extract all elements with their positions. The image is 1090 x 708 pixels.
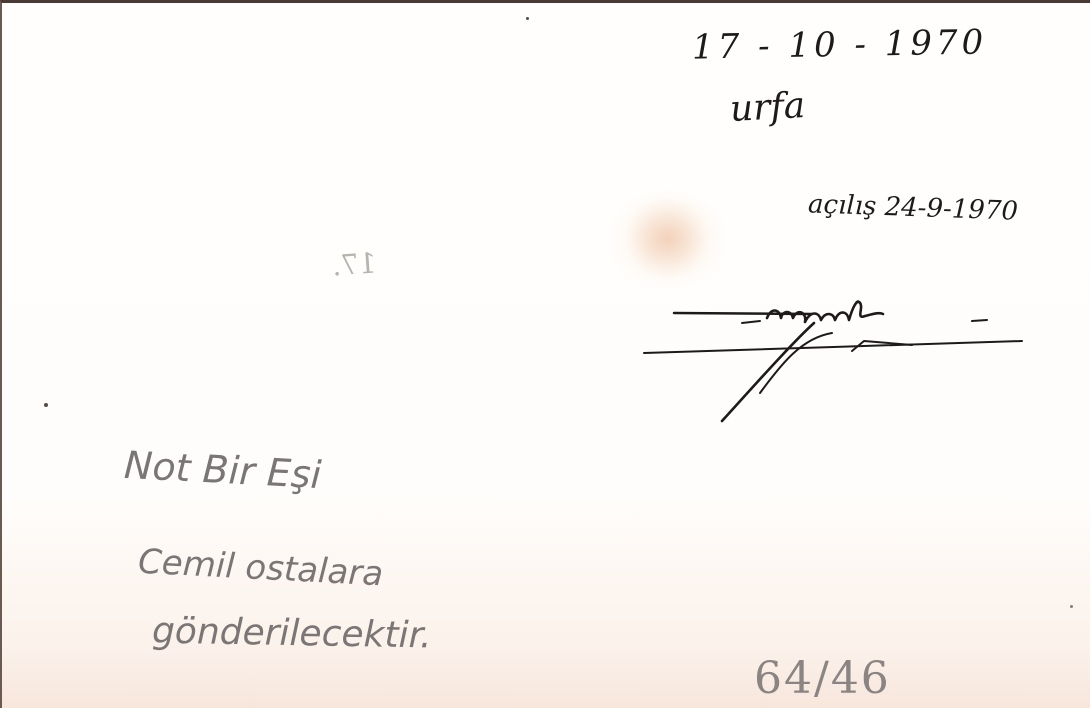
photo-back: 17 - 10 - 1970 urfa açılış 24-9-1970 17.… [0,0,1090,708]
pencil-note-line-3: gönderilecektir. [152,611,432,657]
speck [44,403,48,407]
speck [1070,605,1073,608]
handwritten-opening-date: açılış 24-9-1970 [808,189,1019,226]
pencil-note-line-1: Not Bir Eşi [123,443,322,497]
handwritten-date: 17 - 10 - 1970 [692,22,988,67]
stain-mark [622,198,712,278]
handwritten-place: urfa [729,85,806,130]
speck [526,17,529,20]
signature-icon [642,293,1032,433]
bleed-through-number: 17. [331,246,378,282]
pencil-note-line-2: Cemil ostalara [137,542,384,595]
archive-number: 64/46 [754,653,891,704]
